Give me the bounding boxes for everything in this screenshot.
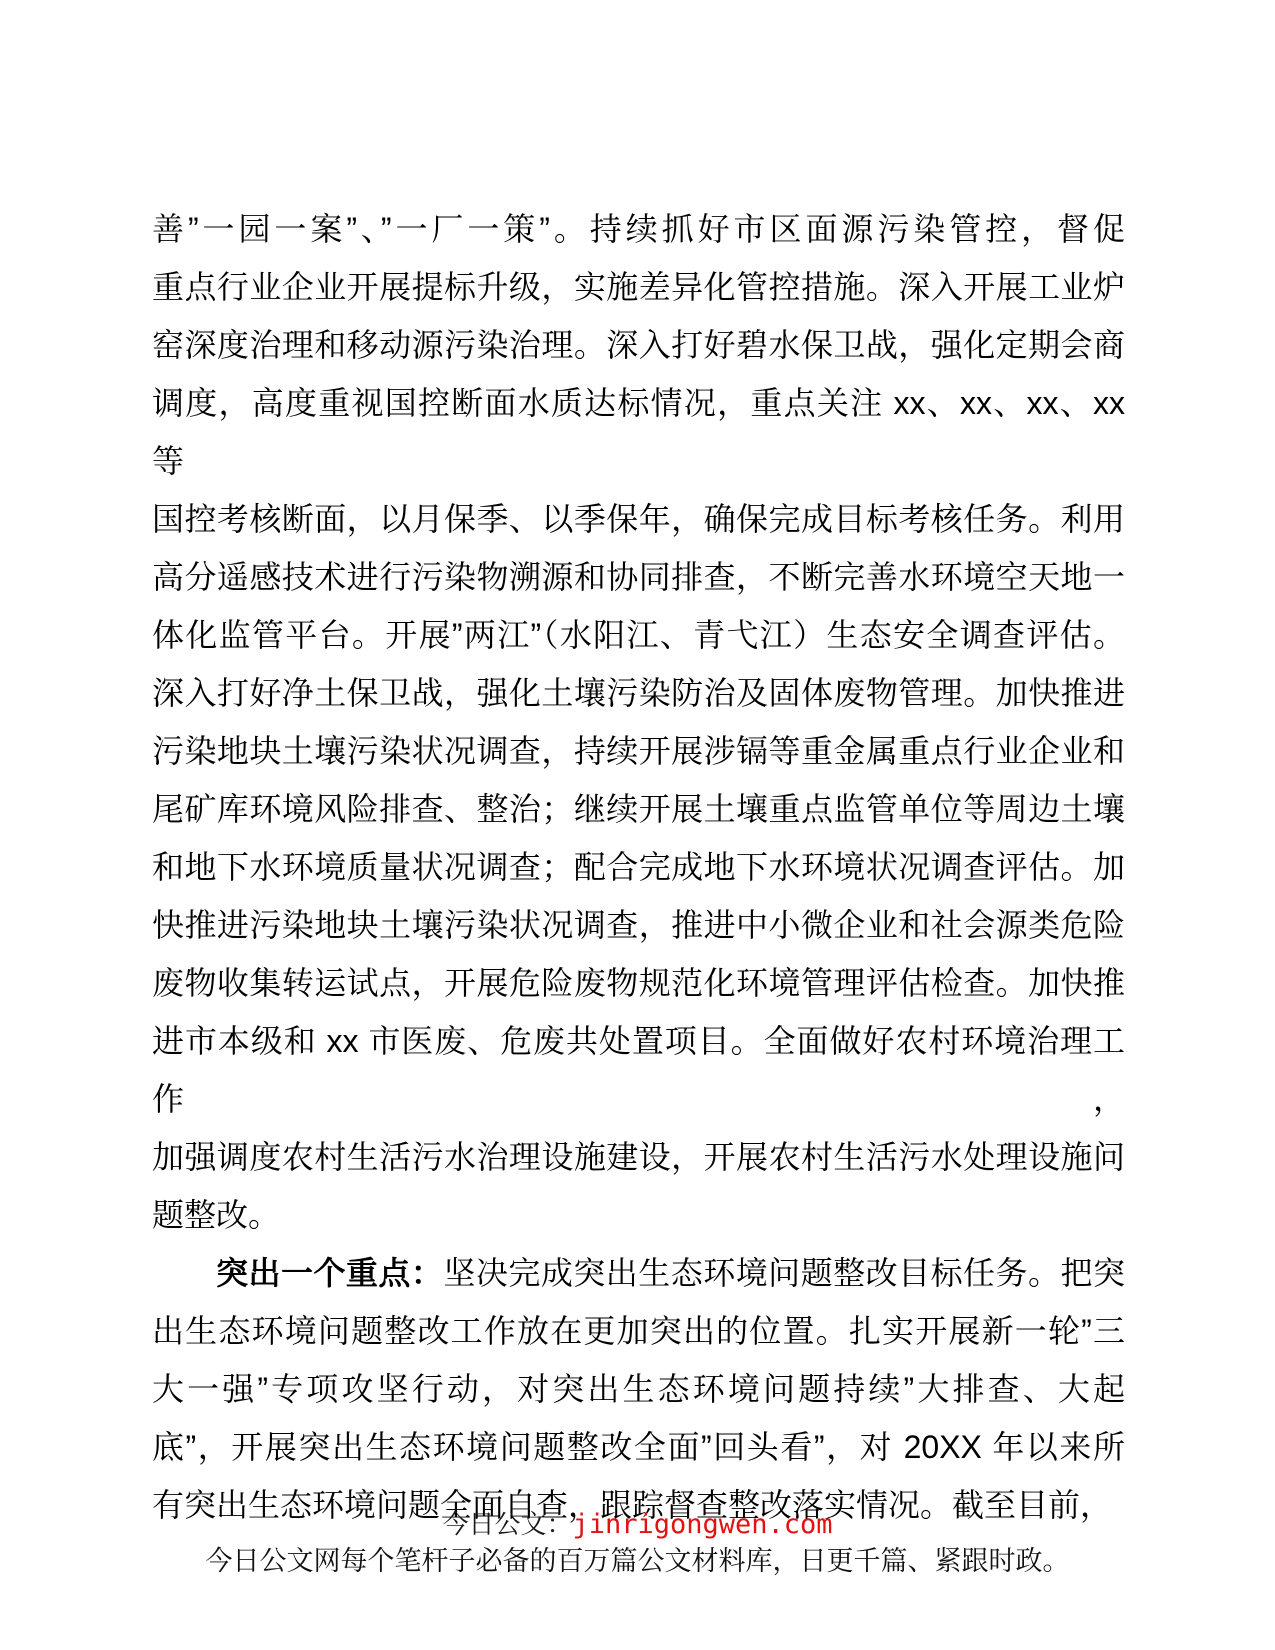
body-line: 和地下水环境质量状况调查；配合完成地下水环境状况调查评估。加 (152, 838, 1125, 896)
body-line: 调度，高度重视国控断面水质达标情况，重点关注 xx、xx、xx、xx 等 (152, 374, 1125, 490)
body-line: 尾矿库环境风险排查、整治；继续开展土壤重点监管单位等周边土壤 (152, 780, 1125, 838)
footer-tagline: 今日公文网每个笔杆子必备的百万篇公文材料库，日更千篇、紧跟时政。 (0, 1543, 1275, 1579)
footer-site-label: 今日公文： (442, 1509, 572, 1539)
page-footer: 今日公文：jinrigongwen.com 今日公文网每个笔杆子必备的百万篇公文… (0, 1506, 1275, 1579)
body-line: 加强调度农村生活污水治理设施建设，开展农村生活污水处理设施问 (152, 1128, 1125, 1186)
body-line: 高分遥感技术进行污染物溯源和协同排查，不断完善水环境空天地一 (152, 548, 1125, 606)
body-line: 窑深度治理和移动源污染治理。深入打好碧水保卫战，强化定期会商 (152, 316, 1125, 374)
paragraph-lead-text: 坚决完成突出生态环境问题整改目标任务。把突 (443, 1255, 1125, 1291)
paragraph-continuation: 善”一园一案”、”一厂一策”。持续抓好市区面源污染管控，督促重点行业企业开展提标… (152, 200, 1125, 1244)
body-line: 深入打好净土保卫战，强化土壤污染防治及固体废物管理。加快推进 (152, 664, 1125, 722)
body-line: 出生态环境问题整改工作放在更加突出的位置。扎实开展新一轮”三 (152, 1302, 1125, 1360)
body-line: 体化监管平台。开展”两江”（水阳江、青弋江）生态安全调查评估。 (152, 606, 1125, 664)
body-line: 底”，开展突出生态环境问题整改全面”回头看”，对 20XX 年以来所 (152, 1418, 1125, 1476)
body-line: 国控考核断面，以月保季、以季保年，确保完成目标考核任务。利用 (152, 490, 1125, 548)
body-line: 大一强”专项攻坚行动，对突出生态环境问题持续”大排查、大起 (152, 1360, 1125, 1418)
paragraph-key-focus: 突出一个重点：坚决完成突出生态环境问题整改目标任务。把突 出生态环境问题整改工作… (152, 1244, 1125, 1534)
body-line: 废物收集转运试点，开展危险废物规范化环境管理评估检查。加快推 (152, 954, 1125, 1012)
body-line: 突出一个重点：坚决完成突出生态环境问题整改目标任务。把突 (152, 1244, 1125, 1302)
body-line: 重点行业企业开展提标升级，实施差异化管控措施。深入开展工业炉 (152, 258, 1125, 316)
document-page: 善”一园一案”、”一厂一策”。持续抓好市区面源污染管控，督促重点行业企业开展提标… (0, 0, 1275, 1650)
footer-site-link[interactable]: jinrigongwen.com (572, 1509, 832, 1540)
document-body: 善”一园一案”、”一厂一策”。持续抓好市区面源污染管控，督促重点行业企业开展提标… (152, 200, 1125, 1534)
body-line: 题整改。 (152, 1186, 1125, 1244)
footer-site-line: 今日公文：jinrigongwen.com (0, 1506, 1275, 1543)
paragraph-lead-label: 突出一个重点： (216, 1255, 443, 1291)
body-line: 进市本级和 xx 市医废、危废共处置项目。全面做好农村环境治理工作， (152, 1012, 1125, 1128)
body-line: 快推进污染地块土壤污染状况调查，推进中小微企业和社会源类危险 (152, 896, 1125, 954)
body-line: 善”一园一案”、”一厂一策”。持续抓好市区面源污染管控，督促 (152, 200, 1125, 258)
body-line: 污染地块土壤污染状况调查，持续开展涉镉等重金属重点行业企业和 (152, 722, 1125, 780)
